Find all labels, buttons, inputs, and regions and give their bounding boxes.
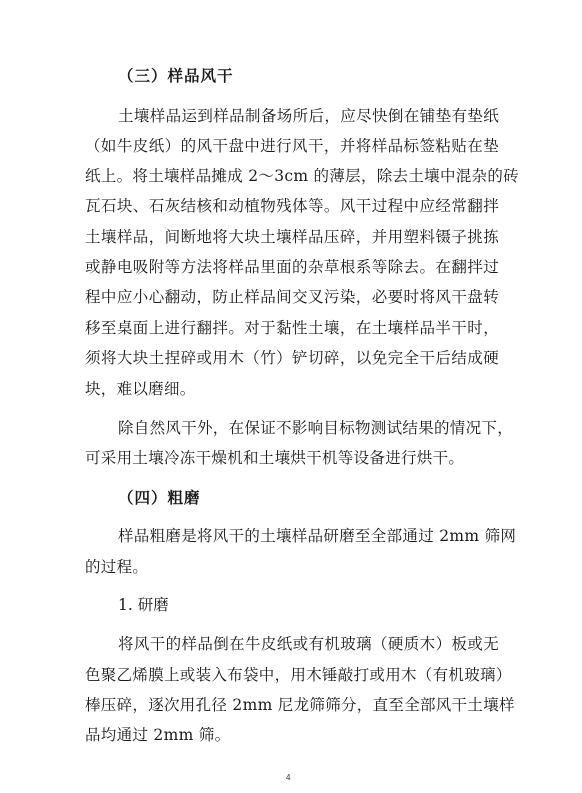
paragraph-line: 块，难以磨细。 bbox=[85, 374, 499, 404]
paragraph-line: 瓦石块、石灰结核和动植物残体等。风干过程中应经常翻拌 bbox=[85, 191, 499, 221]
paragraph-line: （如牛皮纸）的风干盘中进行风干，并将样品标签粘贴在垫 bbox=[85, 131, 499, 161]
paragraph-line: 程中应小心翻动，防止样品间交叉污染，必要时将风干盘转 bbox=[85, 282, 499, 312]
paragraph-line: 棒压碎，逐次用孔径 2mm 尼龙筛筛分，直至全部风干土壤样 bbox=[85, 690, 499, 720]
paragraph-line: 色聚乙烯膜上或装入布袋中，用木锤敲打或用木（有机玻璃） bbox=[85, 660, 499, 690]
paragraph-line: 将风干的样品倒在牛皮纸或有机玻璃（硬质木）板或无 bbox=[118, 629, 499, 659]
subheading-grinding: 1. 研磨 bbox=[118, 590, 169, 620]
section-heading-air-drying: （三）样品风干 bbox=[118, 61, 234, 91]
paragraph-line: 品均通过 2mm 筛。 bbox=[85, 720, 499, 750]
paragraph-line: 须将大块土捏碎或用木（竹）铲切碎，以免完全干后结成硬 bbox=[85, 343, 499, 373]
paragraph-line: 除自然风干外，在保证不影响目标物测试结果的情况下， bbox=[118, 413, 499, 443]
paragraph-line: 土壤样品，间断地将大块土壤样品压碎，并用塑料镊子挑拣 bbox=[85, 222, 499, 252]
paragraph-line: 或静电吸附等方法将样品里面的杂草根系等除去。在翻拌过 bbox=[85, 252, 499, 282]
paragraph-line: 纸上。将土壤样品摊成 2～3cm 的薄层，除去土壤中混杂的砖 bbox=[85, 161, 499, 191]
section-heading-coarse-grinding: （四）粗磨 bbox=[118, 483, 201, 513]
document-page: （三）样品风干 土壤样品运到样品制备场所后，应尽快倒在铺垫有垫纸 （如牛皮纸）的… bbox=[0, 0, 582, 793]
paragraph-line: 样品粗磨是将风干的土壤样品研磨至全部通过 2mm 筛网 bbox=[118, 521, 499, 551]
paragraph-line: 移至桌面上进行翻拌。对于黏性土壤，在土壤样品半干时， bbox=[85, 313, 499, 343]
paragraph-line: 可采用土壤冷冻干燥机和土壤烘干机等设备进行烘干。 bbox=[85, 443, 499, 473]
paragraph-line: 土壤样品运到样品制备场所后，应尽快倒在铺垫有垫纸 bbox=[118, 101, 499, 131]
paragraph-line: 的过程。 bbox=[85, 552, 499, 582]
page-number: 4 bbox=[286, 773, 290, 782]
